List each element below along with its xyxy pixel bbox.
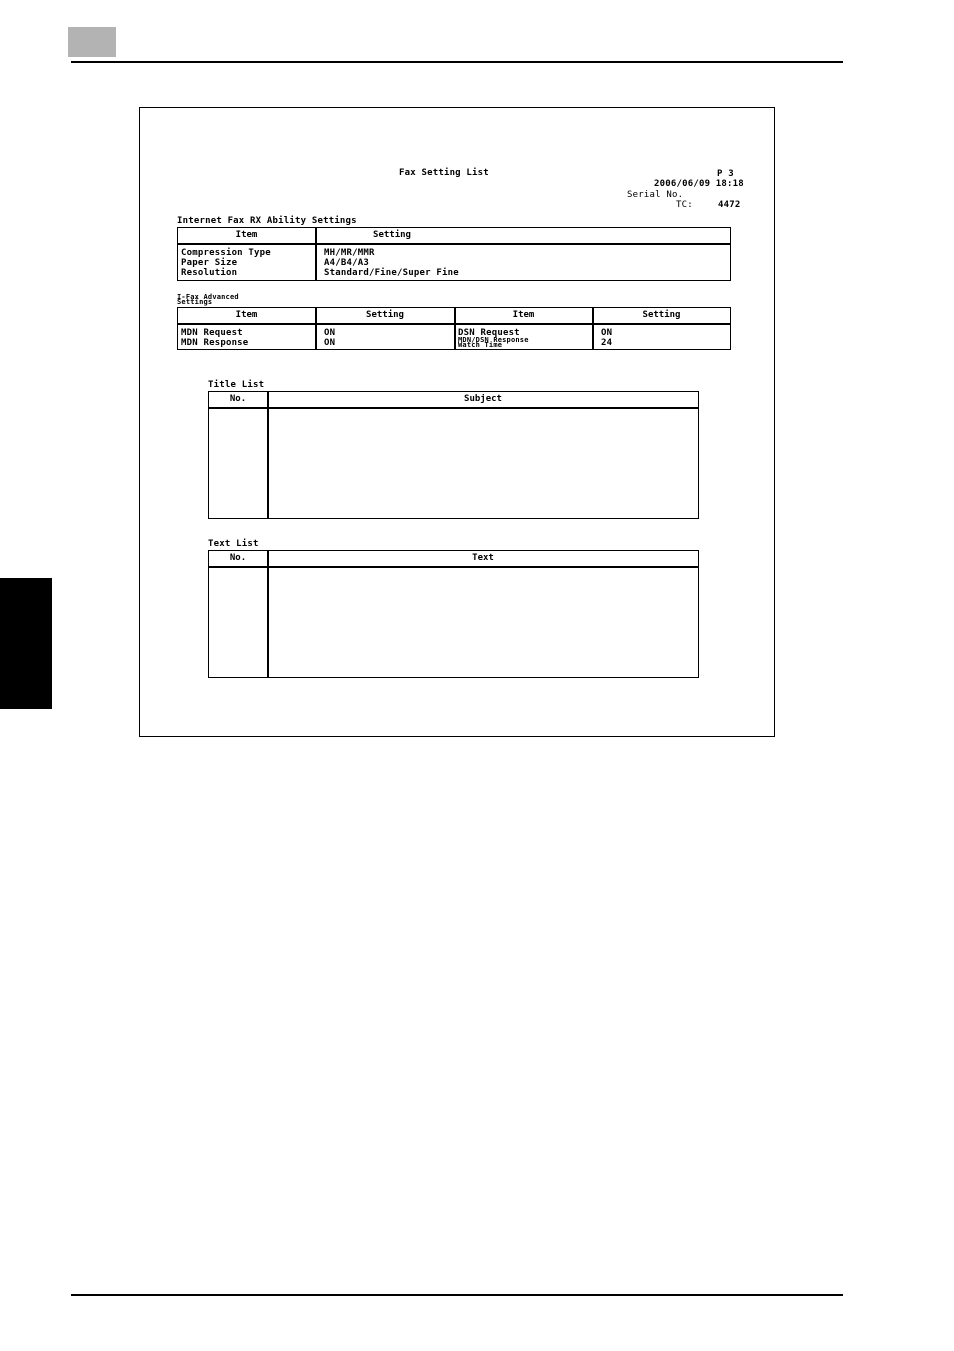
column-header: Setting	[593, 310, 730, 320]
text-list-table: No. Text	[208, 550, 699, 678]
row-item: MDN Response	[181, 338, 248, 348]
column-header: Item	[455, 310, 592, 320]
fax-setting-list-printout: Fax Setting List P 3 2006/06/09 18:18 Se…	[139, 107, 775, 737]
row-setting: ON	[324, 338, 335, 348]
row-item: Watch Time	[458, 342, 502, 348]
report-title: Fax Setting List	[399, 168, 489, 178]
column-header: No.	[209, 553, 267, 563]
footer-rule	[71, 1294, 843, 1296]
tc-label: TC:	[676, 200, 693, 210]
rx-ability-heading: Internet Fax RX Ability Settings	[177, 216, 357, 226]
column-header: No.	[209, 394, 267, 404]
advanced-heading-line2: Settings	[177, 299, 212, 305]
column-header: Setting	[316, 230, 468, 240]
row-setting: 24	[601, 338, 612, 348]
row-setting: A4/B4/A3	[324, 258, 369, 268]
row-setting: MH/MR/MMR	[324, 248, 375, 258]
row-item: Resolution	[181, 268, 237, 278]
serial-label: Serial No.	[627, 190, 683, 200]
row-setting: ON	[601, 328, 612, 338]
tc-value: 4472	[718, 200, 740, 210]
header-rule	[71, 61, 843, 63]
row-setting: ON	[324, 328, 335, 338]
column-header: Item	[178, 310, 315, 320]
row-item: Paper Size	[181, 258, 237, 268]
column-header: Subject	[268, 394, 698, 404]
text-list-heading: Text List	[208, 539, 259, 549]
rx-ability-table: Item Setting Compression Type Paper Size…	[177, 227, 731, 281]
column-header: Item	[178, 230, 315, 240]
column-header: Text	[268, 553, 698, 563]
title-list-heading: Title List	[208, 380, 264, 390]
page-number: P 3	[717, 169, 734, 179]
row-item: MDN Request	[181, 328, 243, 338]
column-header: Setting	[316, 310, 454, 320]
row-item: Compression Type	[181, 248, 271, 258]
chapter-number-box	[68, 27, 116, 57]
title-list-table: No. Subject	[208, 391, 699, 519]
chapter-side-tab	[0, 578, 52, 709]
row-setting: Standard/Fine/Super Fine	[324, 268, 459, 278]
report-datetime: 2006/06/09 18:18	[654, 179, 744, 189]
advanced-table: Item Setting Item Setting MDN Request MD…	[177, 307, 731, 350]
